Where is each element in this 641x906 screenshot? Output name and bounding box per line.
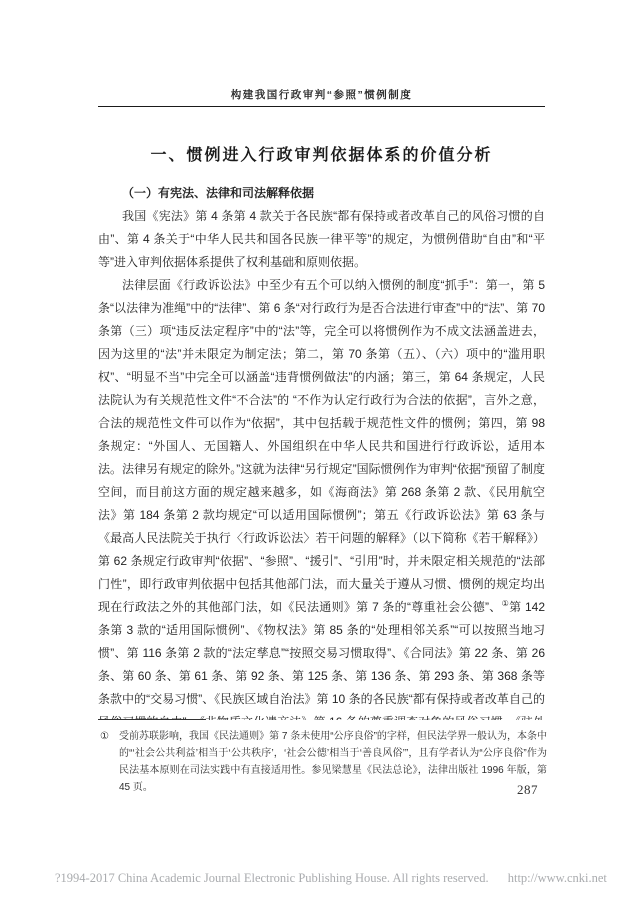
document-page: 构建我国行政审判“参照”惯例制度 一、惯例进入行政审判依据体系的价值分析 （一）…: [0, 0, 641, 906]
publisher-footer: ?1994-2017 China Academic Journal Electr…: [55, 871, 615, 886]
paragraph-constitution-basis: 我国《宪法》第 4 条第 4 款关于各民族“都有保持或者改革自己的风俗习惯的自由…: [98, 205, 545, 274]
article-body: （一）有宪法、法律和司法解释依据 我国《宪法》第 4 条第 4 款关于各民族“都…: [98, 182, 545, 720]
section-heading: 一、惯例进入行政审判依据体系的价值分析: [98, 142, 545, 165]
footnote-marker: ①: [100, 728, 109, 745]
paragraph-law-level: 法律层面《行政诉讼法》中至少有五个可以纳入惯例的制度“抓手”：第一，第 5 条“…: [98, 274, 545, 720]
footer-url: http://www.cnki.net: [508, 871, 607, 885]
running-head-title: 构建我国行政审判“参照”惯例制度: [98, 87, 545, 102]
footer-copyright: ?1994-2017 China Academic Journal Electr…: [55, 871, 489, 885]
page-number: 287: [98, 782, 538, 798]
header-rule: [98, 106, 545, 107]
subsection-heading: （一）有宪法、法律和司法解释依据: [98, 182, 545, 205]
paragraph-law-level-text-b: 第 142 条第 3 款的“适用国际惯例”、《物权法》第 85 条的“处理相邻关…: [98, 600, 545, 720]
footnote-reference-mark: ①: [502, 599, 509, 608]
paragraph-law-level-text-a: 法律层面《行政诉讼法》中至少有五个可以纳入惯例的制度“抓手”：第一，第 5 条“…: [98, 278, 545, 614]
footnote-separator: [98, 719, 206, 720]
